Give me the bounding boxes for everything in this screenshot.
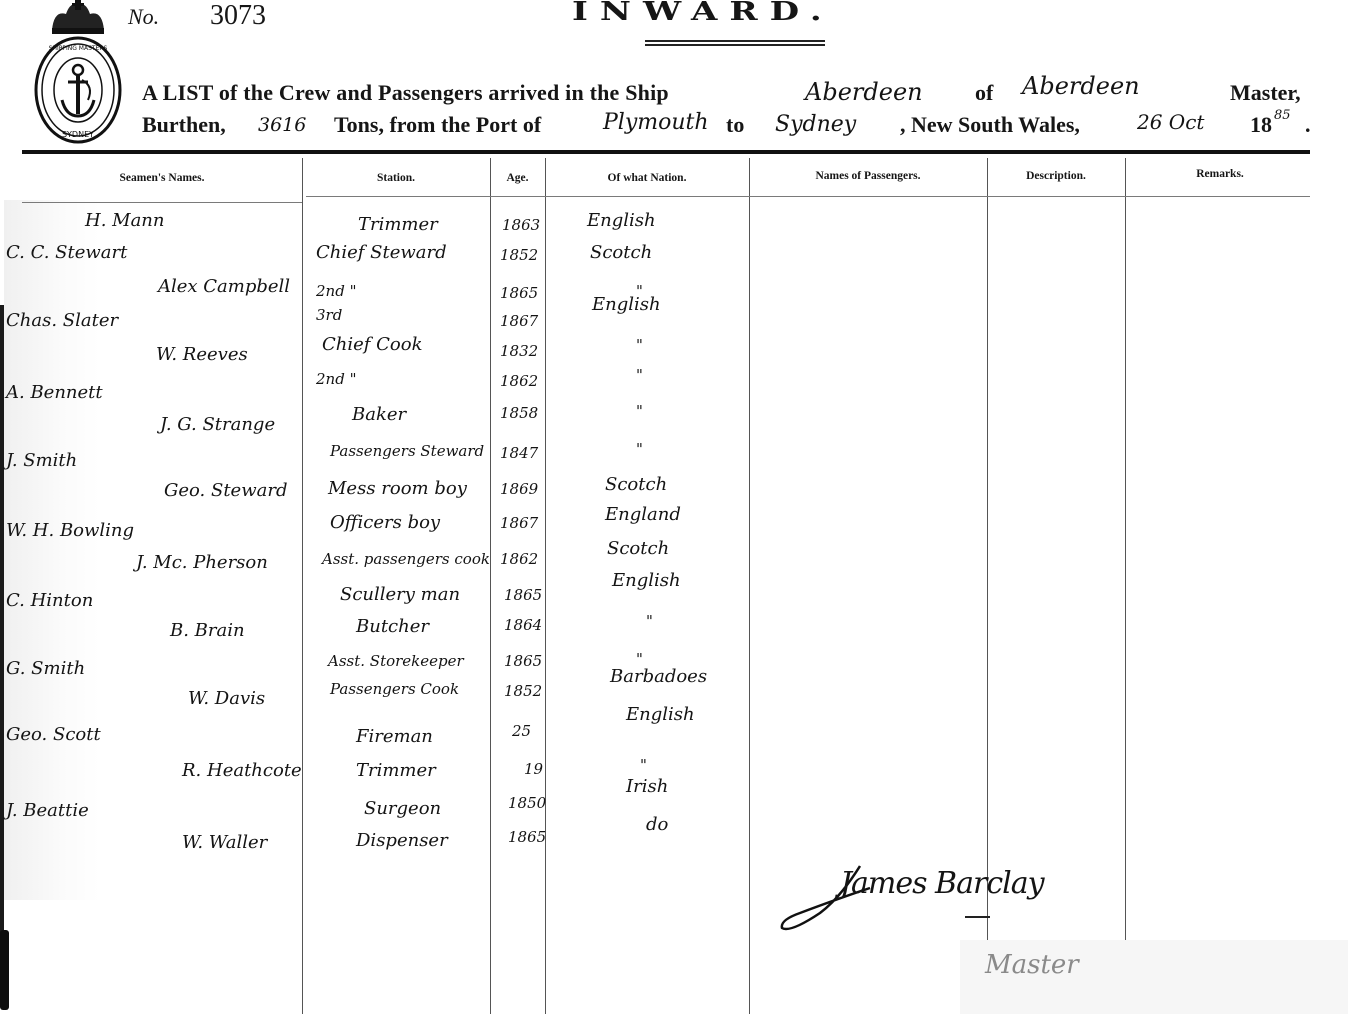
crew-age: 1863 bbox=[502, 216, 540, 234]
header-underline bbox=[22, 202, 302, 203]
crew-station: Butcher bbox=[356, 616, 429, 637]
crew-name: B. Brain bbox=[170, 620, 245, 641]
crew-name: W. Waller bbox=[182, 832, 267, 853]
crew-station: 3rd bbox=[316, 306, 342, 324]
ship-name: Aberdeen bbox=[805, 78, 923, 106]
svg-text:SYDNEY: SYDNEY bbox=[62, 130, 94, 139]
crew-station: Chief Steward bbox=[316, 242, 447, 263]
crew-name: R. Heathcote bbox=[182, 760, 302, 781]
column-header-station: Station. bbox=[302, 172, 490, 184]
crew-age: 1832 bbox=[500, 342, 538, 360]
crew-age: 1867 bbox=[500, 312, 538, 330]
column-header-description: Description. bbox=[987, 170, 1125, 182]
crew-nation: " bbox=[636, 402, 643, 420]
binding-stub bbox=[0, 930, 9, 1010]
crew-nation: " bbox=[636, 366, 643, 384]
crew-name: C. C. Stewart bbox=[6, 242, 127, 263]
crew-name: W. Reeves bbox=[156, 344, 248, 365]
crew-station: Trimmer bbox=[358, 214, 438, 235]
crew-nation: English bbox=[592, 294, 661, 315]
crew-name: C. Hinton bbox=[6, 590, 93, 611]
crew-name: J. G. Strange bbox=[160, 414, 275, 435]
crew-age: 19 bbox=[524, 760, 543, 778]
to-port: Sydney bbox=[775, 112, 856, 137]
crew-station: Passengers Cook bbox=[330, 680, 459, 698]
crew-age: 1864 bbox=[504, 616, 542, 634]
crew-station: 2nd " bbox=[316, 370, 356, 388]
page-shadow bbox=[4, 200, 100, 900]
port-of-registry: Aberdeen bbox=[1022, 72, 1140, 100]
intro-line1-prefix: A LIST of the Crew and Passengers arrive… bbox=[142, 80, 669, 106]
master-signature: James Barclay bbox=[840, 866, 1044, 901]
crew-station: Baker bbox=[352, 404, 406, 425]
crew-age: 1852 bbox=[504, 682, 542, 700]
crew-station: Trimmer bbox=[356, 760, 436, 781]
crew-nation: English bbox=[626, 704, 695, 725]
column-header-remarks: Remarks. bbox=[1125, 168, 1315, 180]
column-header-age: Age. bbox=[490, 172, 545, 184]
crew-age: 1850 bbox=[508, 794, 546, 812]
crew-station: Dispenser bbox=[356, 830, 448, 851]
crew-nation: English bbox=[612, 570, 681, 591]
svg-text:SHIPPING MASTERS: SHIPPING MASTERS bbox=[49, 45, 108, 52]
crew-station: Asst. Storekeeper bbox=[328, 652, 464, 670]
burthen-value: 3616 bbox=[258, 114, 306, 136]
crew-nation: Scotch bbox=[605, 474, 667, 495]
to-label: to bbox=[726, 112, 744, 138]
from-port: Plymouth bbox=[603, 110, 709, 135]
crew-name: Geo. Scott bbox=[6, 724, 101, 745]
tons-from-port-label: Tons, from the Port of bbox=[334, 112, 541, 138]
burthen-label: Burthen, bbox=[142, 112, 226, 138]
crew-station: Passengers Steward bbox=[330, 442, 484, 460]
crew-age: 1865 bbox=[504, 652, 542, 670]
crew-age: 1858 bbox=[500, 404, 538, 422]
year-suffix: 85 bbox=[1274, 108, 1291, 123]
crew-nation: England bbox=[605, 504, 681, 525]
column-header-nation: Of what Nation. bbox=[545, 172, 749, 184]
crew-station: Fireman bbox=[356, 726, 433, 747]
crew-age: 1867 bbox=[500, 514, 538, 532]
crew-nation: do bbox=[646, 814, 668, 835]
crew-name: A. Bennett bbox=[6, 382, 103, 403]
crew-age: 1865 bbox=[508, 828, 546, 846]
crew-age: 1865 bbox=[500, 284, 538, 302]
crew-station: Officers boy bbox=[330, 512, 440, 533]
crew-name: W. H. Bowling bbox=[6, 520, 134, 541]
crew-name: W. Davis bbox=[188, 688, 265, 709]
col-divider-passengers bbox=[749, 158, 750, 1014]
crew-age: 25 bbox=[512, 722, 531, 740]
crew-nation: Barbadoes bbox=[610, 666, 707, 687]
title-underline-2 bbox=[645, 44, 825, 46]
line-end: . bbox=[1305, 112, 1311, 138]
master-label: Master, bbox=[1230, 80, 1301, 106]
header-underline-2 bbox=[306, 196, 1310, 197]
form-number-label: No. bbox=[128, 4, 159, 30]
crew-nation: " bbox=[640, 756, 647, 774]
crew-nation: " bbox=[646, 612, 653, 630]
crew-nation: English bbox=[587, 210, 656, 231]
master-role-label: Master bbox=[985, 950, 1079, 980]
crew-nation: " bbox=[636, 440, 643, 458]
crew-station: 2nd " bbox=[316, 282, 356, 300]
crew-name: Geo. Steward bbox=[164, 480, 287, 501]
state-label: , New South Wales, bbox=[900, 112, 1080, 138]
crew-nation: Irish bbox=[626, 776, 668, 797]
crew-name: J. Mc. Pherson bbox=[136, 552, 268, 573]
crew-station: Scullery man bbox=[340, 584, 460, 605]
crew-nation: " bbox=[636, 336, 643, 354]
crew-name: Alex Campbell bbox=[158, 276, 290, 297]
year-prefix: 18 bbox=[1250, 112, 1272, 138]
crew-age: 1847 bbox=[500, 444, 538, 462]
crew-station: Mess room boy bbox=[328, 478, 467, 499]
crew-age: 1865 bbox=[504, 586, 542, 604]
crew-age: 1869 bbox=[500, 480, 538, 498]
crew-nation: Scotch bbox=[590, 242, 652, 263]
crew-nation: Scotch bbox=[607, 538, 669, 559]
title-underline bbox=[645, 40, 825, 42]
col-divider-station bbox=[302, 158, 303, 1014]
column-header-passengers: Names of Passengers. bbox=[749, 170, 987, 182]
signature-dash bbox=[965, 916, 990, 918]
crew-age: 1862 bbox=[500, 550, 538, 568]
crew-name: H. Mann bbox=[85, 210, 165, 231]
header-rule bbox=[22, 150, 1310, 154]
crew-age: 1852 bbox=[500, 246, 538, 264]
crew-station: Asst. passengers cook bbox=[322, 550, 490, 568]
shipping-masters-emblem-icon: SYDNEY SHIPPING MASTERS bbox=[30, 0, 126, 146]
crew-name: G. Smith bbox=[6, 658, 85, 679]
crew-name: J. Beattie bbox=[6, 800, 89, 821]
crew-age: 1862 bbox=[500, 372, 538, 390]
arrival-date: 26 Oct bbox=[1137, 110, 1204, 134]
binding-edge bbox=[0, 305, 4, 965]
column-header-seamens-names: Seamen's Names. bbox=[22, 172, 302, 184]
crew-name: Chas. Slater bbox=[6, 310, 118, 331]
col-divider-age bbox=[490, 158, 491, 1014]
crew-station: Surgeon bbox=[364, 798, 441, 819]
form-number-value: 3073 bbox=[210, 0, 266, 32]
crew-station: Chief Cook bbox=[322, 334, 423, 355]
of-label: of bbox=[975, 80, 993, 106]
col-divider-nation bbox=[545, 158, 546, 1014]
crew-name: J. Smith bbox=[6, 450, 77, 471]
page-title: INWARD. bbox=[572, 0, 834, 27]
